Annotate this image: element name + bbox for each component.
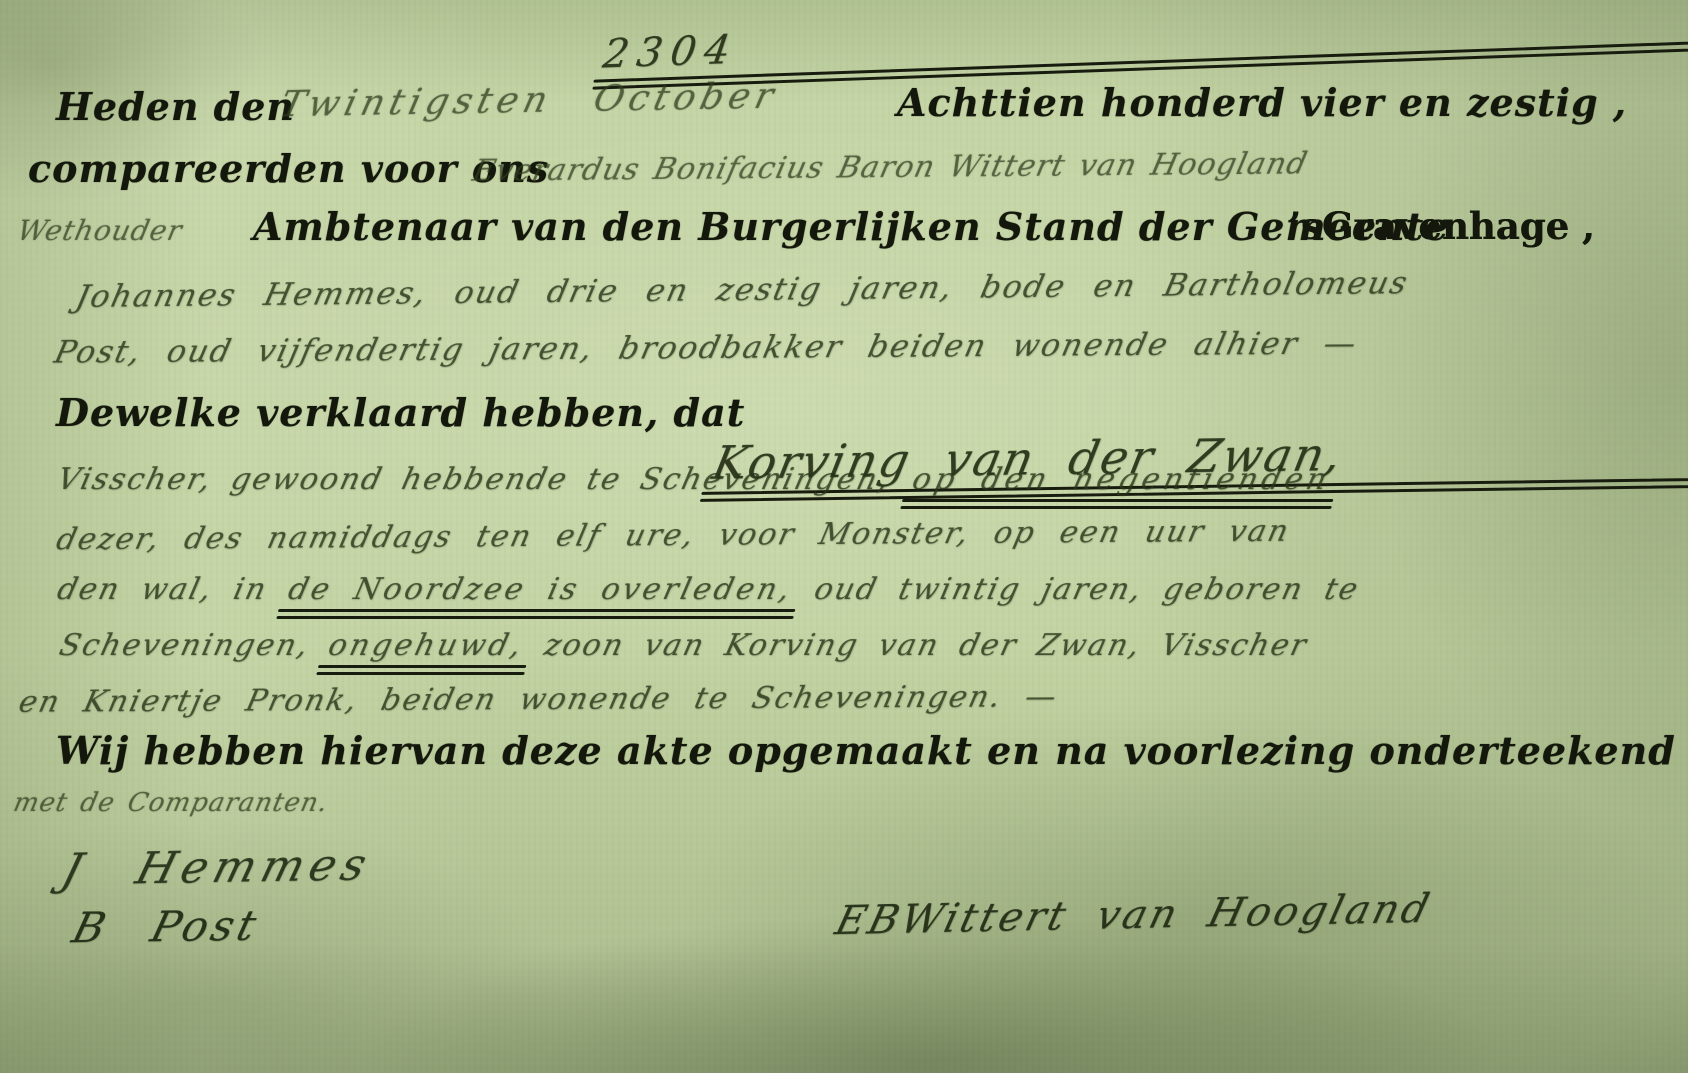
line10-text-c: zoon van Korving van der Zwan, Visscher xyxy=(541,628,1311,663)
signature-official: EBWittert van Hoogland xyxy=(831,886,1437,944)
line1-printed-year: Achttien honderd vier en zestig , xyxy=(897,80,1627,125)
line8-written-time-place: dezer, des namiddags ten elf ure, voor M… xyxy=(53,514,1293,558)
line9-underlined-noordzee: de Noordzee is overleden, xyxy=(284,572,795,607)
line6-printed-dewelke: Dewelke verklaard hebben, dat xyxy=(56,390,745,435)
line1-written-date: Twintigsten October xyxy=(276,76,782,126)
line7-text: Visscher, gewoond hebbende te Schevening… xyxy=(54,462,894,497)
line9-text-c: oud twintig jaren, geboren te xyxy=(811,572,1363,607)
line4-written-witness1: Johannes Hemmes, oud drie en zestig jare… xyxy=(72,265,1412,315)
line3-written-wethouder: Wethouder xyxy=(14,214,185,247)
line10-underlined-ongehuwd: ongehuwd, xyxy=(325,628,527,663)
line3-city-name: ’sGravenhage , xyxy=(1288,204,1595,248)
line9-written: den wal, in de Noordzee is overleden, ou… xyxy=(58,572,1359,607)
line1-printed-heden: Heden den xyxy=(56,84,295,129)
line10-written: Scheveningen, ongehuwd, zoon van Korving… xyxy=(60,628,1307,663)
line7-written: Visscher, gewoond hebbende te Schevening… xyxy=(58,462,1330,497)
line5-written-witness2: Post, oud vijfendertig jaren, broodbakke… xyxy=(51,325,1361,370)
document-scan: 2304 Heden den Twintigsten October Achtt… xyxy=(0,0,1688,1073)
line3-printed-ambtenaar: Ambtenaar van den Burgerlijken Stand der… xyxy=(253,204,1449,249)
line12-printed-closing: Wij hebben hiervan deze akte opgemaakt e… xyxy=(56,728,1676,773)
line7-underlined-date: op den negentienden xyxy=(909,462,1334,497)
line10-text-a: Scheveningen, xyxy=(56,628,313,663)
act-number: 2304 xyxy=(600,0,1688,77)
line2-written-official-name: Everardus Bonifacius Baron Wittert van H… xyxy=(469,146,1311,188)
signature-witness-1: J Hemmes xyxy=(56,839,377,895)
line9-text-a: den wal, in xyxy=(54,572,271,607)
line13-written-comparanten: met de Comparanten. xyxy=(11,788,331,818)
signature-witness-2: B Post xyxy=(67,901,265,953)
line11-written-parents: en Kniertje Pronk, beiden wonende te Sch… xyxy=(15,679,1061,719)
